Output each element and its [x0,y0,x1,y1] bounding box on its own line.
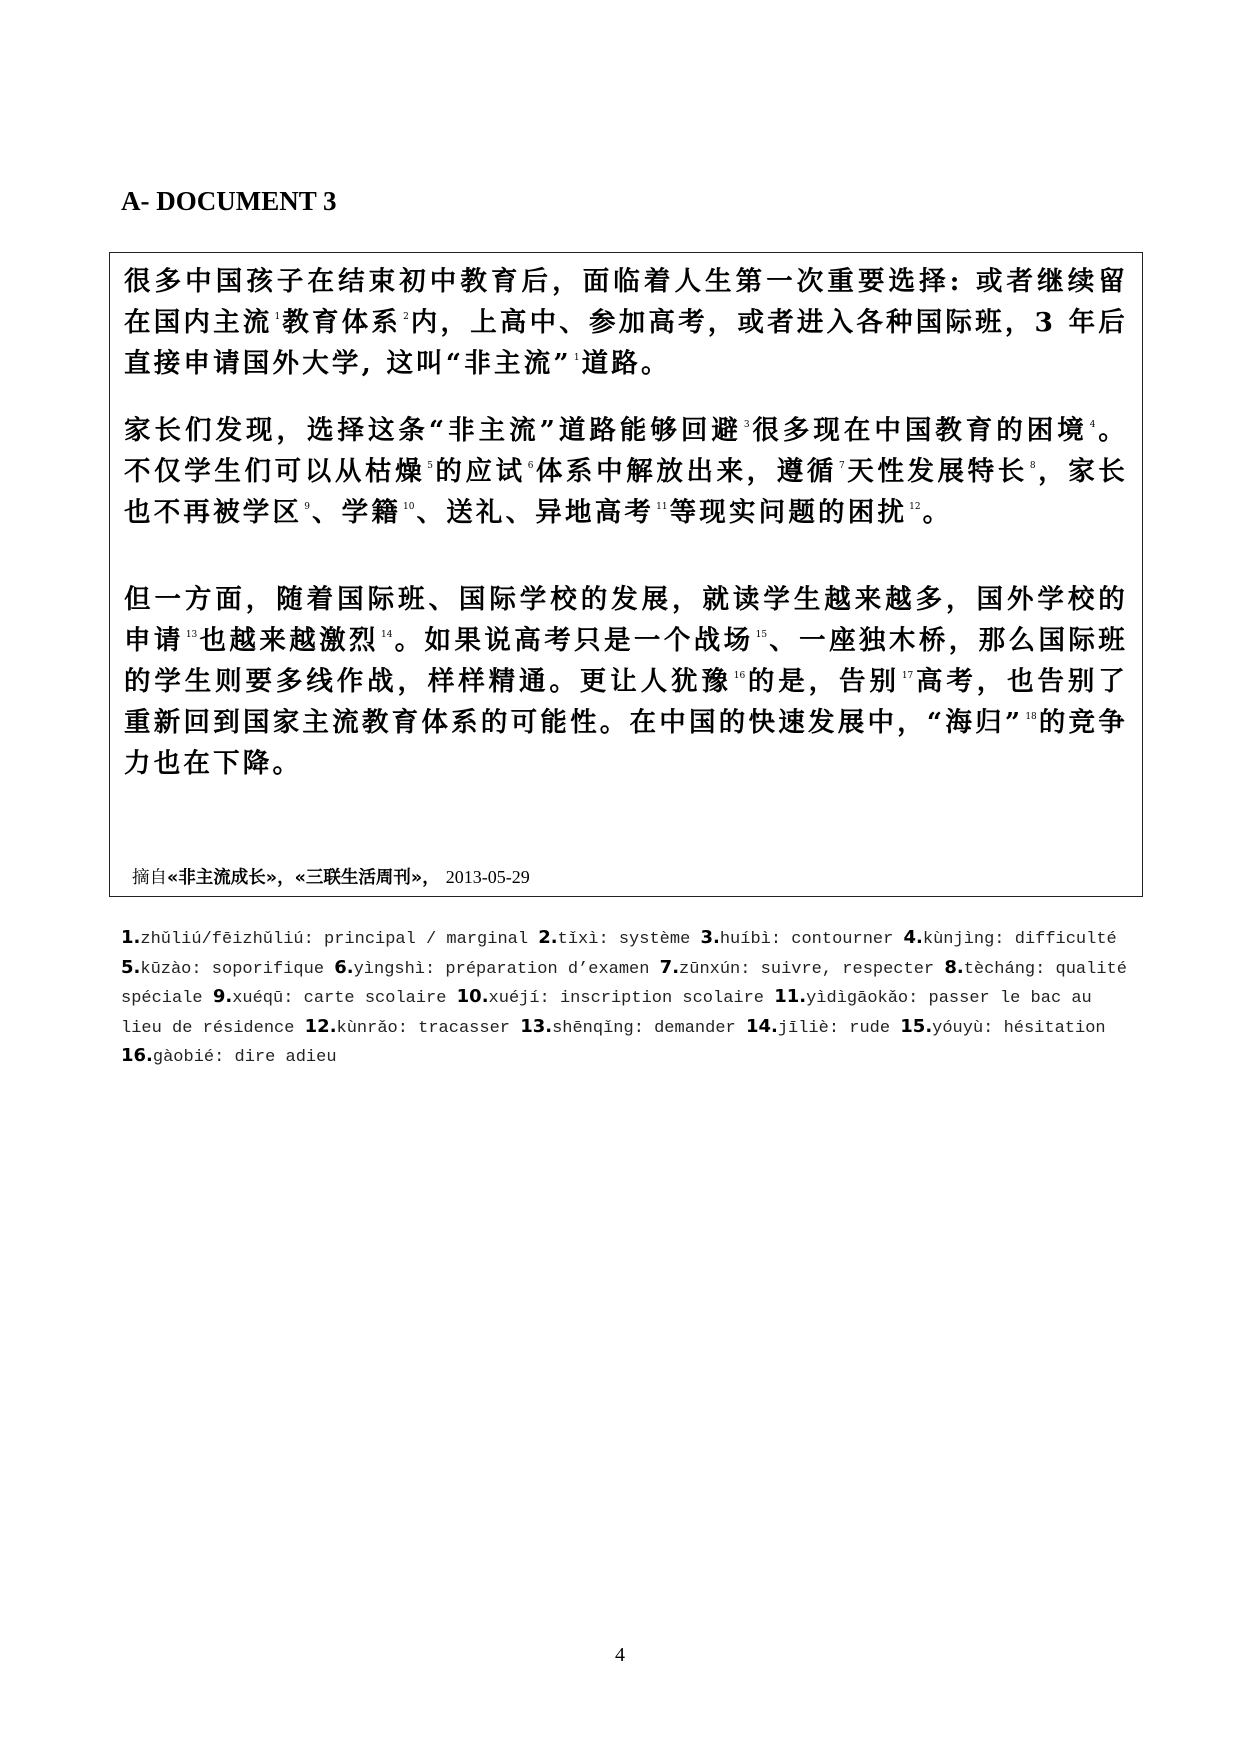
glossary-entry: 5.kūzào: soporifique [121,960,324,979]
footnote-marker: 6 [528,461,534,471]
footnote-marker: 5 [427,461,433,471]
glossary-definition: préparation d’examen [445,960,649,979]
glossary-definition: dire adieu [235,1048,337,1067]
glossary-number: 8. [944,957,963,978]
glossary-definition: hésitation [1004,1019,1106,1038]
glossary-term: tècháng: [964,960,1046,979]
glossary-number: 4. [904,927,923,948]
glossary-entry: 12.kùnrǎo: tracasser [305,1019,510,1038]
paragraph-text: 道路。 [582,348,671,379]
glossary-definition: inscription scolaire [560,989,764,1008]
glossary-number: 16. [121,1045,153,1066]
glossary-term: zhǔliú/fēizhǔliú: [140,930,313,949]
footnote-marker: 4 [1090,420,1096,430]
glossary-number: 3. [700,927,719,948]
glossary-definition: principal / marginal [324,930,528,949]
footnote-marker: 1 [275,312,281,322]
glossary-definition: contourner [791,930,893,949]
page-number: 4 [0,1644,1240,1667]
glossary-term: jīliè: [778,1019,839,1038]
glossary-number: 10. [457,986,489,1007]
paragraph-text: 的应试 [435,456,526,487]
paragraph-text: 教育体系 [282,307,401,338]
source-date: 2013-05-29 [446,867,530,887]
footnote-marker: 12 [909,502,920,512]
glossary-entry: 16.gàobié: dire adieu [121,1048,337,1067]
footnote-marker: 3 [744,420,750,430]
paragraph-text: 的是，告别 [747,666,900,697]
paragraph-text: 家长们发现，选择这条“非主流”道路能够回避 [124,415,742,446]
paragraph: 很多中国孩子在结束初中教育后，面临着人生第一次重要选择: 或者继续留在国内主流1… [124,261,1128,384]
footnote-marker: 18 [1025,712,1036,722]
source-prefix: 摘自 [132,868,167,888]
glossary-term: gàobié: [153,1048,224,1067]
glossary-entry: 1.zhǔliú/fēizhǔliú: principal / marginal [121,930,528,949]
paragraph-text: 、送礼、异地高考 [417,497,655,528]
footnote-marker: 11 [656,502,667,512]
footnote-marker: 15 [756,630,767,640]
glossary-number: 11. [774,986,806,1007]
vocabulary-glossary: 1.zhǔliú/fēizhǔliú: principal / marginal… [121,924,1131,1072]
glossary-term: shēnqǐng: [552,1019,644,1038]
glossary-definition: difficulté [1015,930,1117,949]
glossary-term: yìdìgāokǎo: [806,989,918,1008]
glossary-definition: suivre, respecter [761,960,934,979]
paragraph-text: 、学籍 [312,497,401,528]
glossary-number: 12. [305,1016,337,1037]
footnote-marker: 16 [734,671,745,681]
glossary-term: zūnxún: [679,960,750,979]
glossary-number: 2. [538,927,557,948]
glossary-term: huíbì: [720,930,781,949]
footnote-marker: 13 [186,630,197,640]
glossary-definition: système [619,930,690,949]
glossary-number: 5. [121,957,140,978]
source-citation: 摘自«非主流成长»，«三联生活周刊»，2013-05-29 [132,864,530,889]
paragraph-text: 体系中解放出来，遵循 [535,456,837,487]
glossary-number: 1. [121,927,140,948]
paragraph-text: 很多现在中国教育的困境 [752,415,1088,446]
glossary-number: 15. [900,1016,932,1037]
glossary-entry: 10.xuéjí: inscription scolaire [457,989,764,1008]
paragraph-text: 。 [923,497,953,528]
footnote-marker: 1 [574,353,580,363]
glossary-entry: 2.tǐxì: système [538,930,690,949]
footnote-marker: 2 [403,312,409,322]
footnote-marker: 14 [381,630,392,640]
glossary-term: kùnrǎo: [337,1019,408,1038]
glossary-entry: 13.shēnqǐng: demander [520,1019,736,1038]
glossary-definition: soporifique [212,960,324,979]
text-excerpt-box: 很多中国孩子在结束初中教育后，面临着人生第一次重要选择: 或者继续留在国内主流1… [109,252,1143,897]
footnote-marker: 7 [839,461,845,471]
paragraph-text: 天性发展特长 [847,456,1028,487]
glossary-entry: 9.xuéqū: carte scolaire [213,989,447,1008]
glossary-entry: 14.jīliè: rude [746,1019,890,1038]
glossary-number: 6. [334,957,353,978]
glossary-term: tǐxì: [558,930,609,949]
paragraph: 但一方面，随着国际班、国际学校的发展，就读学生越来越多，国外学校的申请13也越来… [124,579,1128,784]
paragraph-text: 也越来越激烈 [199,625,379,656]
source-titles: «非主流成长»，«三联生活周刊»， [167,868,440,888]
footnote-marker: 10 [403,502,414,512]
glossary-term: xuéjí: [489,989,550,1008]
glossary-definition: demander [654,1019,736,1038]
glossary-term: xuéqū: [232,989,293,1008]
glossary-entry: 7.zūnxún: suivre, respecter [660,960,934,979]
glossary-number: 7. [660,957,679,978]
footnote-marker: 8 [1030,461,1036,471]
glossary-number: 14. [746,1016,778,1037]
document-title: A- DOCUMENT 3 [121,186,337,217]
paragraph-text: 等现实问题的困扰 [670,497,908,528]
glossary-number: 9. [213,986,232,1007]
glossary-number: 13. [520,1016,552,1037]
glossary-entry: 4.kùnjìng: difficulté [904,930,1117,949]
glossary-entry: 15.yóuyù: hésitation [900,1019,1105,1038]
glossary-entry: 6.yìngshì: préparation d’examen [334,960,649,979]
glossary-definition: carte scolaire [304,989,447,1008]
footnote-marker: 17 [902,671,913,681]
glossary-definition: tracasser [418,1019,510,1038]
glossary-term: kùnjìng: [923,930,1005,949]
footnote-marker: 9 [304,502,310,512]
paragraph: 家长们发现，选择这条“非主流”道路能够回避3很多现在中国教育的困境4。不仅学生们… [124,410,1128,533]
glossary-definition: rude [849,1019,890,1038]
glossary-term: yóuyù: [932,1019,993,1038]
glossary-term: yìngshì: [354,960,436,979]
glossary-term: kūzào: [140,960,201,979]
glossary-entry: 3.huíbì: contourner [700,930,893,949]
paragraph-text: 。如果说高考只是一个战场 [394,625,753,656]
